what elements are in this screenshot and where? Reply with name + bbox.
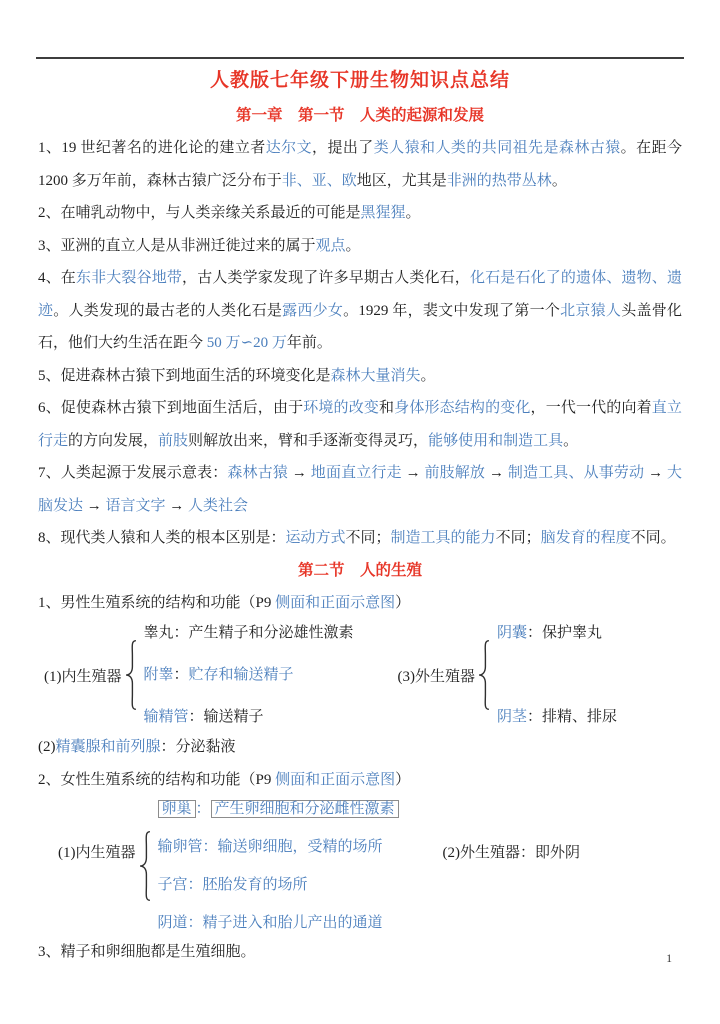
text-run: 输卵管：输送卵细胞，受精的场所: [158, 839, 383, 855]
paragraph: 2、女性生殖系统的结构和功能（P9 侧面和正面示意图）: [38, 764, 682, 797]
diagram-line: 输精管：输送精子: [144, 707, 354, 727]
text-run: 子宫：胚胎发育的场所: [158, 877, 308, 893]
text-run: ，古人类学家发现了许多早期古人类化石，: [182, 270, 470, 286]
text-run: (2): [38, 739, 56, 755]
paragraph: (2)精囊腺和前列腺：分泌黏液: [38, 731, 682, 764]
diagram-group-label: (1)内生殖器: [44, 665, 122, 686]
text-run: 前肢解放: [424, 465, 485, 481]
text-run: →: [402, 465, 425, 481]
paragraph: 1、19 世纪著名的进化论的建立者达尔文，提出了类人猿和人类的共同祖先是森林古猿…: [38, 132, 682, 197]
diagram-lines: 阴囊：保护睾丸阴茎：排精、排尿: [497, 623, 617, 727]
text-run: 精囊腺和前列腺: [56, 739, 161, 755]
text-run: 语言文字: [106, 498, 166, 514]
text-run: 。人类发现的最古老的人类化石是: [53, 303, 282, 319]
text-run: 3、亚洲的直立人是从非洲迁徙过来的属于: [38, 238, 316, 254]
text-run: 人类社会: [188, 498, 248, 514]
diagram-line: 阴茎：排精、排尿: [497, 707, 617, 727]
text-run: ：排精、排尿: [527, 709, 617, 725]
diagram-group: (1)内生殖器卵巢：产生卵细胞和分泌雌性激素输卵管：输送卵细胞，受精的场所子宫：…: [58, 799, 399, 933]
section-heading: 第二节 人的生殖: [38, 555, 682, 587]
text-run: 不同；: [496, 530, 541, 546]
text-run: 年前。: [287, 335, 332, 351]
text-run: 7、人类起源于发展示意表：: [38, 465, 227, 481]
text-run: 环境的改变: [303, 400, 379, 416]
text-run: 露西少女: [282, 303, 343, 319]
text-run: 阴道：精子进入和胎儿产出的通道: [158, 915, 383, 931]
diagram-line: 睾丸：产生精子和分泌雄性激素: [144, 623, 354, 643]
text-run: 东非大裂谷地带: [76, 270, 182, 286]
document-content: 人教版七年级下册生物知识点总结第一章 第一节 人类的起源和发展1、19 世纪著名…: [38, 58, 682, 969]
text-run: 脑发育的程度: [541, 530, 631, 546]
text-run: 能够使用和制造工具: [428, 433, 563, 449]
text-run: →: [288, 465, 311, 481]
text-run: 不同；: [346, 530, 391, 546]
diagram-lines: 卵巢：产生卵细胞和分泌雌性激素输卵管：输送卵细胞，受精的场所子宫：胚胎发育的场所…: [158, 799, 399, 933]
diagram-group: (1)内生殖器睾丸：产生精子和分泌雄性激素附睾：贮存和输送精子输精管：输送精子: [44, 623, 354, 727]
paragraph: 2、在哺乳动物中，与人类亲缘关系最近的可能是黑猩猩。: [38, 197, 682, 230]
text-run: →: [485, 465, 508, 481]
text-run: 观点: [316, 238, 346, 254]
diagram-group: (2)外生殖器：即外阴: [443, 856, 581, 877]
text-run: ，一代一代的向着: [531, 400, 652, 416]
text-run: 6、促使森林古猿下到地面生活后，由于: [38, 400, 303, 416]
text-run: 。: [421, 368, 436, 384]
text-run: 卵巢: [158, 800, 196, 818]
diagram-group-label: (2)外生殖器：即外阴: [443, 841, 581, 862]
text-run: 阴囊: [497, 625, 527, 641]
text-run: 贮存和输送精子: [189, 667, 294, 683]
text-run: 睾丸：产生精子和分泌雄性激素: [144, 625, 354, 641]
text-run: 制造工具的能力: [391, 530, 496, 546]
diagram-group-label: (1)内生殖器: [58, 841, 136, 862]
text-run: ）: [395, 595, 410, 611]
brace-icon: [124, 640, 138, 710]
text-run: 2、女性生殖系统的结构和功能（P9: [38, 772, 275, 788]
paragraph: 6、促使森林古猿下到地面生活后，由于环境的改变和身体形态结构的变化，一代一代的向…: [38, 392, 682, 457]
text-run: 。: [406, 205, 421, 221]
page-number: 1: [666, 953, 672, 965]
brace-icon: [138, 831, 152, 901]
diagram-line: 子宫：胚胎发育的场所: [158, 875, 399, 895]
text-run: 的方向发展，: [68, 433, 158, 449]
text-run: 不同。: [631, 530, 676, 546]
paragraph: 3、精子和卵细胞都是生殖细胞。: [38, 936, 682, 969]
text-run: ：保护睾丸: [527, 625, 602, 641]
text-run: 运动方式: [286, 530, 346, 546]
paragraph: 3、亚洲的直立人是从非洲迁徙过来的属于观点。: [38, 230, 682, 263]
diagram-group-label: (3)外生殖器: [398, 665, 476, 686]
text-run: 3、精子和卵细胞都是生殖细胞。: [38, 944, 256, 960]
diagram-line: 附睾：贮存和输送精子: [144, 665, 354, 685]
text-run: 8、现代类人猿和人类的根本区别是：: [38, 530, 286, 546]
paragraph: 4、在东非大裂谷地带，古人类学家发现了许多早期古人类化石，化石是石化了的遗体、遗…: [38, 262, 682, 360]
text-run: 侧面和正面示意图: [275, 772, 395, 788]
text-run: 侧面和正面示意图: [275, 595, 395, 611]
paragraph: 7、人类起源于发展示意表：森林古猿 → 地面直立行走 → 前肢解放 → 制造工具…: [38, 457, 682, 522]
diagram-line: 阴道：精子进入和胎儿产出的通道: [158, 913, 399, 933]
paragraph: 1、男性生殖系统的结构和功能（P9 侧面和正面示意图）: [38, 587, 682, 620]
text-run: 森林大量消失: [331, 368, 421, 384]
diagram-line: 阴囊：保护睾丸: [497, 623, 617, 643]
diagram-line: 输卵管：输送卵细胞，受精的场所: [158, 837, 399, 857]
brace-diagram: (1)内生殖器睾丸：产生精子和分泌雄性激素附睾：贮存和输送精子输精管：输送精子(…: [38, 619, 682, 731]
paragraph: 5、促进森林古猿下到地面生活的环境变化是森林大量消失。: [38, 360, 682, 393]
text-run: ：: [174, 667, 189, 683]
text-run: 2、在哺乳动物中，与人类亲缘关系最近的可能是: [38, 205, 361, 221]
chapter-heading: 第一章 第一节 人类的起源和发展: [38, 100, 682, 132]
text-run: 则解放出来，臂和手逐渐变得灵巧，: [188, 433, 428, 449]
text-run: 输精管: [144, 709, 189, 725]
text-run: 。: [346, 238, 361, 254]
text-run: ）: [395, 772, 410, 788]
text-run: 制造工具、从事劳动: [508, 465, 644, 481]
text-run: ，提出了: [312, 140, 374, 156]
doc-title: 人教版七年级下册生物知识点总结: [38, 62, 682, 100]
text-run: 。: [552, 173, 567, 189]
text-run: 4、在: [38, 270, 76, 286]
text-run: 地面直立行走: [311, 465, 402, 481]
text-run: 阴茎: [497, 709, 527, 725]
text-run: 地区，尤其是: [357, 173, 447, 189]
text-run: 身体形态结构的变化: [394, 400, 530, 416]
text-run: ：输送精子: [189, 709, 264, 725]
diagram-line: 卵巢：产生卵细胞和分泌雌性激素: [158, 799, 399, 819]
diagram-group: (3)外生殖器阴囊：保护睾丸阴茎：排精、排尿: [398, 623, 618, 727]
text-run: 。1929 年，裴文中发现了第一个: [343, 303, 560, 319]
text-run: ：分泌黏液: [161, 739, 236, 755]
text-run: 。: [563, 433, 578, 449]
text-run: 1、男性生殖系统的结构和功能（P9: [38, 595, 275, 611]
text-run: 类人猿和人类的共同祖先是森林古猿: [374, 140, 621, 156]
text-run: 非洲的热带丛林: [447, 173, 552, 189]
text-run: →: [166, 498, 189, 514]
text-run: 黑猩猩: [361, 205, 406, 221]
text-run: 北京猿人: [560, 303, 621, 319]
text-run: 1、19 世纪著名的进化论的建立者: [38, 140, 266, 156]
text-run: 前肢: [158, 433, 188, 449]
text-run: 5、促进森林古猿下到地面生活的环境变化是: [38, 368, 331, 384]
text-run: 达尔文: [266, 140, 312, 156]
text-run: 和: [379, 400, 394, 416]
text-run: 附睾: [144, 667, 174, 683]
text-run: 50 万∽20 万: [207, 335, 287, 351]
brace-icon: [477, 640, 491, 710]
document-page: 人教版七年级下册生物知识点总结第一章 第一节 人类的起源和发展1、19 世纪著名…: [0, 0, 720, 1024]
text-run: →: [644, 465, 667, 481]
text-run: 森林古猿: [227, 465, 288, 481]
text-run: 产生卵细胞和分泌雌性激素: [211, 800, 399, 818]
text-run: →: [83, 498, 106, 514]
text-run: 非、亚、欧: [282, 173, 357, 189]
diagram-lines: 睾丸：产生精子和分泌雄性激素附睾：贮存和输送精子输精管：输送精子: [144, 623, 354, 727]
paragraph: 8、现代类人猿和人类的根本区别是：运动方式不同；制造工具的能力不同；脑发育的程度…: [38, 522, 682, 555]
text-run: ：: [196, 801, 211, 817]
brace-diagram: (1)内生殖器卵巢：产生卵细胞和分泌雌性激素输卵管：输送卵细胞，受精的场所子宫：…: [38, 796, 682, 936]
